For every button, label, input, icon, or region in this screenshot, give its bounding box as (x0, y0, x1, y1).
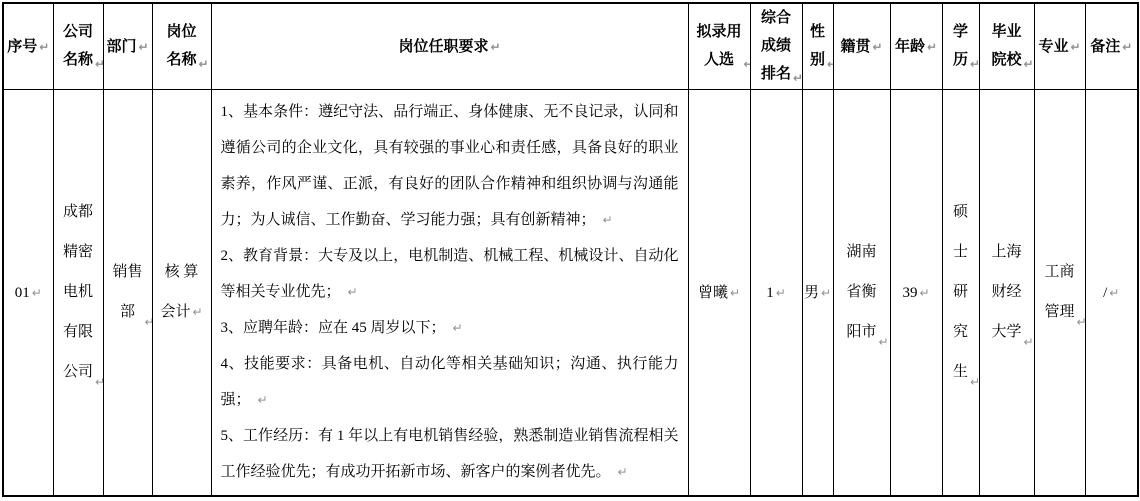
document-page: 序号↵ 公司名称↵ 部门↵ 岗位名称↵ 岗位任职要求↵ 拟录用人选↵ (0, 0, 1140, 501)
index-value: 01 (15, 285, 30, 301)
header-label-school: 毕业院校 (991, 24, 1021, 68)
cell-rank: 1↵ (750, 89, 802, 496)
header-cell-candidate: 拟录用人选↵ (688, 3, 750, 89)
paragraph-mark-icon: ↵ (603, 213, 613, 227)
requirement-item-2: 2、教育背景：大专及以上，电机制造、机械工程、机械设计、自动化等相关专业优先； (221, 248, 679, 300)
rank-value: 1 (766, 285, 774, 301)
paragraph-mark-icon: ↵ (970, 376, 979, 388)
cell-company: 成都精密电机有限公司↵ (53, 89, 103, 496)
paragraph-mark-icon: ↵ (821, 286, 831, 300)
header-cell-education: 学历↵ (942, 3, 979, 89)
header-cell-hometown: 籍贯↵ (833, 3, 890, 89)
cell-remark: /↵ (1085, 89, 1138, 496)
header-cell-school: 毕业院校↵ (979, 3, 1034, 89)
header-label-rank: 综合成绩排名 (761, 10, 791, 82)
paragraph-mark-icon: ↵ (95, 58, 103, 70)
paragraph-mark-icon: ↵ (970, 58, 979, 70)
education-value: 硕士研究生 (953, 204, 968, 380)
paragraph-mark-icon: ↵ (192, 305, 202, 319)
paragraph-mark-icon: ↵ (348, 285, 358, 299)
header-label-gender: 性别 (810, 24, 825, 68)
requirement-item-5: 5、工作经历：有 1 年以上有电机销售经验，熟悉制造业销售流程相关工作经验优先；… (221, 428, 679, 480)
paragraph-mark-icon: ↵ (95, 376, 103, 388)
header-label-remark: 备注 (1090, 39, 1120, 55)
paragraph-mark-icon: ↵ (199, 58, 209, 70)
position-value-line2: 会计 (160, 304, 190, 320)
remark-value: / (1103, 285, 1107, 301)
hometown-value: 湖南省衡阳市 (846, 244, 876, 340)
paragraph-mark-icon: ↵ (1024, 336, 1034, 348)
paragraph-mark-icon: ↵ (1109, 286, 1119, 300)
header-label-position: 岗位名称 (166, 24, 196, 68)
requirement-item-4: 4、技能要求：具备电机、自动化等相关基础知识；沟通、执行能力强； (221, 356, 679, 408)
header-cell-index: 序号↵ (3, 3, 53, 89)
cell-age: 39↵ (890, 89, 942, 496)
paragraph-mark-icon: ↵ (919, 286, 929, 300)
header-cell-department: 部门↵ (103, 3, 152, 89)
cell-index: 01↵ (3, 89, 53, 496)
paragraph-mark-icon: ↵ (793, 72, 802, 84)
major-value: 工商管理 (1044, 264, 1074, 320)
header-cell-gender: 性别↵ (802, 3, 833, 89)
cell-position: 核 算 会计↵ (152, 89, 211, 496)
header-label-hometown: 籍贯 (840, 39, 870, 55)
requirement-item-1: 1、基本条件：遵纪守法、品行端正、身体健康、无不良记录，认同和遵循公司的企业文化… (221, 104, 679, 228)
header-cell-company: 公司名称↵ (53, 3, 103, 89)
cell-gender: 男↵ (802, 89, 833, 496)
age-value: 39 (902, 285, 917, 301)
paragraph-mark-icon: ↵ (879, 336, 889, 348)
paragraph-mark-icon: ↵ (39, 40, 49, 54)
candidate-value: 曾曦 (698, 285, 728, 301)
paragraph-mark-icon: ↵ (927, 40, 937, 54)
requirement-item-3: 3、应聘年龄：应在 45 周岁以下； (221, 320, 446, 336)
paragraph-mark-icon: ↵ (730, 286, 740, 300)
paragraph-mark-icon: ↵ (618, 465, 628, 479)
header-row: 序号↵ 公司名称↵ 部门↵ 岗位名称↵ 岗位任职要求↵ 拟录用人选↵ (3, 3, 1138, 89)
paragraph-mark-icon: ↵ (490, 40, 500, 54)
position-value-line1: 核 算 (153, 252, 211, 292)
paragraph-mark-icon: ↵ (1070, 40, 1080, 54)
paragraph-mark-icon: ↵ (776, 286, 786, 300)
cell-requirements: 1、基本条件：遵纪守法、品行端正、身体健康、无不良记录，认同和遵循公司的企业文化… (211, 89, 688, 496)
department-value: 销售部 (112, 264, 142, 320)
paragraph-mark-icon: ↵ (32, 286, 42, 300)
paragraph-mark-icon: ↵ (827, 58, 833, 70)
header-label-index: 序号 (7, 39, 37, 55)
header-label-education: 学历 (953, 24, 968, 68)
cell-department: 销售部↵ (103, 89, 152, 496)
paragraph-mark-icon: ↵ (258, 393, 268, 407)
paragraph-mark-icon: ↵ (872, 40, 882, 54)
header-label-age: 年龄 (895, 39, 925, 55)
header-label-company: 公司名称 (63, 24, 93, 68)
paragraph-mark-icon: ↵ (1024, 58, 1034, 70)
header-label-department: 部门 (106, 39, 136, 55)
header-label-requirements: 岗位任职要求 (398, 39, 488, 55)
paragraph-mark-icon: ↵ (1122, 40, 1132, 54)
header-cell-rank: 综合成绩排名↵ (750, 3, 802, 89)
cell-education: 硕士研究生↵ (942, 89, 979, 496)
header-cell-remark: 备注↵ (1085, 3, 1138, 89)
cell-candidate: 曾曦↵ (688, 89, 750, 496)
header-label-candidate: 拟录用人选 (696, 24, 741, 68)
paragraph-mark-icon: ↵ (145, 316, 153, 328)
header-label-major: 专业 (1038, 39, 1068, 55)
gender-value: 男 (804, 285, 819, 301)
header-cell-age: 年龄↵ (890, 3, 942, 89)
company-value: 成都精密电机有限公司 (63, 204, 93, 380)
header-cell-position: 岗位名称↵ (152, 3, 211, 89)
recruitment-table: 序号↵ 公司名称↵ 部门↵ 岗位名称↵ 岗位任职要求↵ 拟录用人选↵ (2, 2, 1139, 497)
table-row: 01↵ 成都精密电机有限公司↵ 销售部↵ 核 算 会计↵ 1、基本条件：遵纪守法… (3, 89, 1138, 496)
paragraph-mark-icon: ↵ (138, 40, 148, 54)
header-cell-major: 专业↵ (1034, 3, 1085, 89)
paragraph-mark-icon: ↵ (453, 321, 463, 335)
cell-hometown: 湖南省衡阳市↵ (833, 89, 890, 496)
cell-school: 上海财经大学↵ (979, 89, 1034, 496)
paragraph-mark-icon: ↵ (744, 58, 751, 70)
school-value: 上海财经大学 (991, 244, 1021, 340)
header-cell-requirements: 岗位任职要求↵ (211, 3, 688, 89)
cell-major: 工商管理↵ (1034, 89, 1085, 496)
paragraph-mark-icon: ↵ (1077, 316, 1086, 328)
